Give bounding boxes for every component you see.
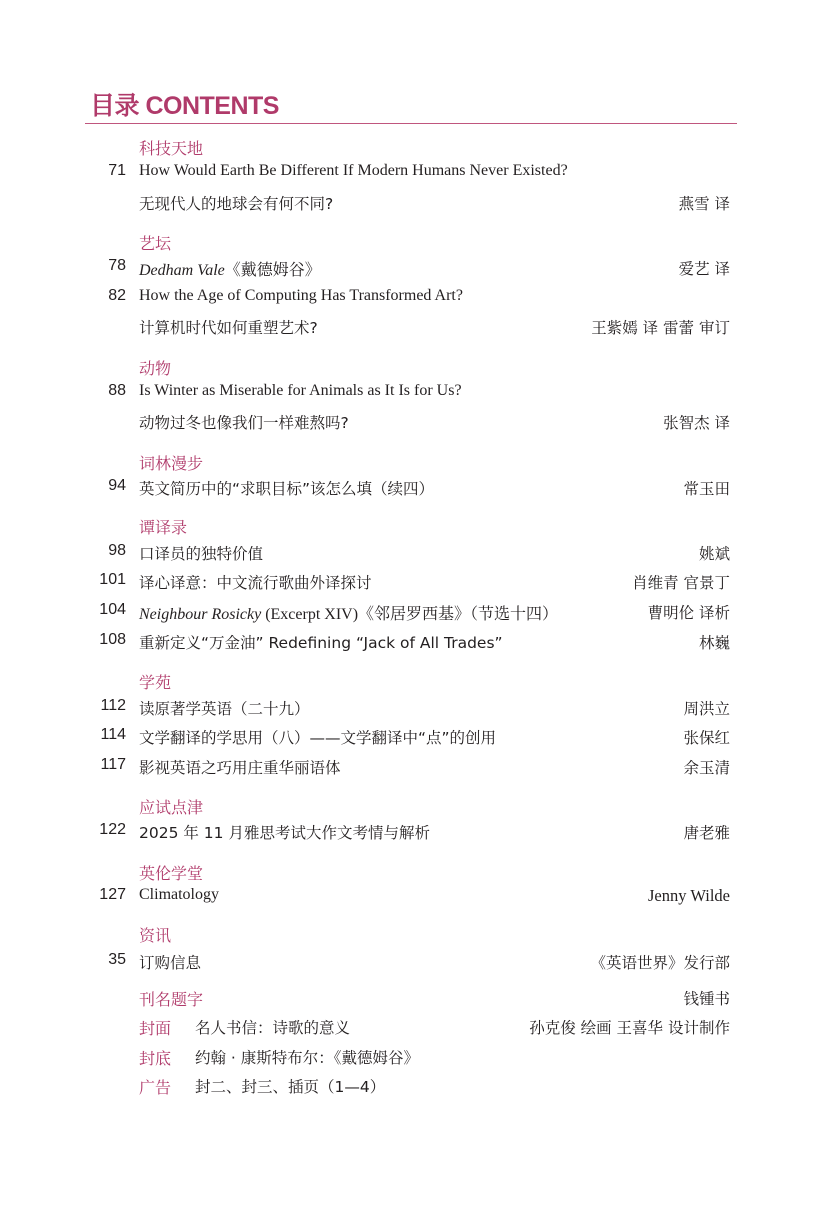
entry-title-italic: Dedham Vale <box>139 262 225 279</box>
page-number: 78 <box>76 257 126 275</box>
page-number: 112 <box>76 697 126 715</box>
entry-author: 周洪立 <box>683 697 730 719</box>
page-number: 101 <box>76 571 126 589</box>
toc-entry[interactable]: 94 英文简历中的“求职目标”该怎么填（续四） 常玉田 <box>0 477 838 501</box>
page-number: 82 <box>76 287 126 305</box>
entry-title-cn: 动物过冬也像我们一样难熬吗? <box>139 411 349 433</box>
ads-credit: 广告 封二、封三、插页（1—4） <box>0 1075 838 1099</box>
masthead-credit: 刊名题字 钱锺书 <box>0 987 838 1011</box>
back-cover-text: 约翰 · 康斯特布尔：《戴德姆谷》 <box>195 1046 419 1068</box>
entry-author: 张保红 <box>683 726 730 748</box>
page-number: 108 <box>76 631 126 649</box>
entry-title-rest: 《戴德姆谷》 <box>225 262 321 279</box>
entry-author: 林巍 <box>699 631 730 653</box>
page-number: 94 <box>76 477 126 495</box>
section-heading: 应试点津 <box>139 795 203 818</box>
page-number: 127 <box>76 886 126 904</box>
entry-title: Dedham Vale《戴德姆谷》 <box>139 257 321 280</box>
page-number: 71 <box>76 162 126 180</box>
masthead-author: 钱锺书 <box>683 987 730 1009</box>
cover-credit: 封面 名人书信：诗歌的意义 孙克俊 绘画 王喜华 设计制作 <box>0 1016 838 1040</box>
entry-author: 肖维青 官景丁 <box>632 571 730 593</box>
entry-author: Jenny Wilde <box>648 886 730 906</box>
toc-entry[interactable]: 82 How the Age of Computing Has Transfor… <box>0 287 838 311</box>
entry-title: Neighbour Rosicky (Excerpt XIV)《邻居罗西基》（节… <box>139 601 558 624</box>
entry-title: 英文简历中的“求职目标”该怎么填（续四） <box>139 477 434 499</box>
entry-title: 译心译意：中文流行歌曲外译探讨 <box>139 571 372 593</box>
section-heading: 动物 <box>139 356 171 379</box>
toc-entry[interactable]: 101 译心译意：中文流行歌曲外译探讨 肖维青 官景丁 <box>0 571 838 595</box>
entry-title-cn: 计算机时代如何重塑艺术? <box>139 316 318 338</box>
toc-entry[interactable]: 98 口译员的独特价值 姚斌 <box>0 542 838 566</box>
entry-title-rest: (Excerpt XIV)《邻居罗西基》（节选十四） <box>261 606 558 623</box>
toc-entry[interactable]: 88 Is Winter as Miserable for Animals as… <box>0 382 838 406</box>
entry-title-en: How the Age of Computing Has Transformed… <box>139 287 463 305</box>
entry-title-en: How Would Earth Be Different If Modern H… <box>139 162 568 180</box>
section-heading: 谭译录 <box>139 515 187 538</box>
entry-title: 重新定义“万金油” Redefining “Jack of All Trades… <box>139 631 503 653</box>
page-number: 117 <box>76 756 126 774</box>
ads-text: 封二、封三、插页（1—4） <box>195 1075 385 1097</box>
back-cover-credit: 封底 约翰 · 康斯特布尔：《戴德姆谷》 <box>0 1046 838 1070</box>
toc-entry[interactable]: 108 重新定义“万金油” Redefining “Jack of All Tr… <box>0 631 838 655</box>
section-heading: 英伦学堂 <box>139 861 203 884</box>
toc-entry[interactable]: 114 文学翻译的学思用（八）——文学翻译中“点”的创用 张保红 <box>0 726 838 750</box>
back-cover-label: 封底 <box>139 1046 171 1069</box>
toc-entry-subline: 动物过冬也像我们一样难熬吗? 张智杰 译 <box>0 411 838 435</box>
entry-author: 燕雪 译 <box>679 192 730 214</box>
entry-author: 王紫嫣 译 雷蕾 审订 <box>591 316 730 338</box>
entry-title: 订购信息 <box>139 951 201 973</box>
toc-entry[interactable]: 127 Climatology Jenny Wilde <box>0 886 838 910</box>
entry-author: 余玉清 <box>683 756 730 778</box>
ads-label: 广告 <box>139 1075 171 1098</box>
entry-title: 读原著学英语（二十九） <box>139 697 310 719</box>
page-number: 88 <box>76 382 126 400</box>
entry-title-cn: 无现代人的地球会有何不同? <box>139 192 333 214</box>
toc-entry[interactable]: 35 订购信息 《英语世界》发行部 <box>0 951 838 975</box>
toc-entry[interactable]: 78 Dedham Vale《戴德姆谷》 爱艺 译 <box>0 257 838 281</box>
entry-title-italic: Neighbour Rosicky <box>139 606 261 623</box>
toc-entry-subline: 无现代人的地球会有何不同? 燕雪 译 <box>0 192 838 216</box>
toc-entry[interactable]: 117 影视英语之巧用庄重华丽语体 余玉清 <box>0 756 838 780</box>
toc-entry-subline: 计算机时代如何重塑艺术? 王紫嫣 译 雷蕾 审订 <box>0 316 838 340</box>
title-rule <box>85 123 737 124</box>
page-number: 114 <box>76 726 126 744</box>
section-heading: 资讯 <box>139 923 171 946</box>
section-heading: 科技天地 <box>139 136 203 159</box>
page-number: 35 <box>76 951 126 969</box>
entry-title: Climatology <box>139 886 219 904</box>
section-heading: 艺坛 <box>139 231 171 254</box>
entry-author: 曹明伦 译析 <box>648 601 730 623</box>
toc-entry[interactable]: 112 读原著学英语（二十九） 周洪立 <box>0 697 838 721</box>
page-number: 98 <box>76 542 126 560</box>
toc-entry[interactable]: 71 How Would Earth Be Different If Moder… <box>0 162 838 186</box>
page-number: 122 <box>76 821 126 839</box>
entry-author: 常玉田 <box>683 477 730 499</box>
section-heading: 词林漫步 <box>139 451 203 474</box>
entry-title: 口译员的独特价值 <box>139 542 263 564</box>
entry-author: 爱艺 译 <box>679 257 730 279</box>
entry-author: 姚斌 <box>699 542 730 564</box>
toc-entry[interactable]: 122 2025 年 11 月雅思考试大作文考情与解析 唐老雅 <box>0 821 838 845</box>
cover-label: 封面 <box>139 1016 171 1039</box>
entry-author: 《英语世界》发行部 <box>590 951 730 973</box>
cover-text: 名人书信：诗歌的意义 <box>195 1016 350 1038</box>
page-title: 目录 CONTENTS <box>90 86 279 122</box>
masthead-label: 刊名题字 <box>139 987 203 1010</box>
entry-author: 张智杰 译 <box>663 411 730 433</box>
page-number: 104 <box>76 601 126 619</box>
entry-title: 2025 年 11 月雅思考试大作文考情与解析 <box>139 821 430 843</box>
section-heading: 学苑 <box>139 670 171 693</box>
entry-title-en: Is Winter as Miserable for Animals as It… <box>139 382 462 400</box>
entry-title: 文学翻译的学思用（八）——文学翻译中“点”的创用 <box>139 726 496 748</box>
toc-entry[interactable]: 104 Neighbour Rosicky (Excerpt XIV)《邻居罗西… <box>0 601 838 625</box>
entry-author: 唐老雅 <box>683 821 730 843</box>
entry-title: 影视英语之巧用庄重华丽语体 <box>139 756 341 778</box>
cover-author: 孙克俊 绘画 王喜华 设计制作 <box>529 1016 730 1038</box>
